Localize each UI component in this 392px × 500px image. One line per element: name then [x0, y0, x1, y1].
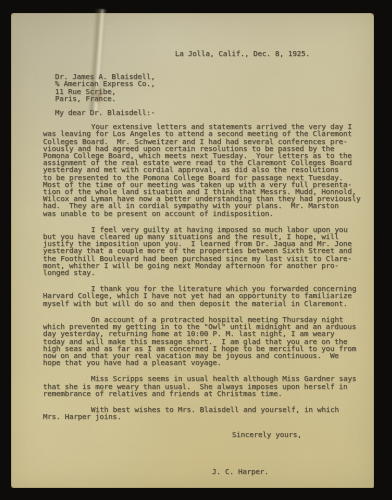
- paragraph-1: Your extensive letters and statements ar…: [43, 123, 369, 217]
- paragraph-5: Miss Scripps seems in usual health altho…: [43, 375, 369, 397]
- paragraph-6: With best wishes to Mrs. Blaisdell and y…: [43, 406, 369, 420]
- letter-page: La Jolla, Calif., Dec. 8, 1925. Dr. Jame…: [11, 13, 374, 488]
- scan-background: La Jolla, Calif., Dec. 8, 1925. Dr. Jame…: [0, 0, 392, 500]
- complimentary-close: Sincerely yours,: [232, 431, 369, 438]
- salutation: My dear Dr. Blaisdell:-: [55, 109, 369, 116]
- letter-body: La Jolla, Calif., Dec. 8, 1925. Dr. Jame…: [43, 50, 369, 475]
- recipient-city: Paris, France.: [55, 95, 369, 102]
- paragraph-2: I feel very guilty at having imposed so …: [43, 226, 369, 276]
- recipient-address: Dr. James A. Blaisdell, % American Expre…: [55, 73, 369, 102]
- signature: J. C. Harper.: [212, 468, 369, 475]
- paragraph-4: On account of a protracted hospital meet…: [43, 316, 369, 366]
- paragraph-3: I thank you for the literature which you…: [43, 285, 369, 307]
- dateline: La Jolla, Calif., Dec. 8, 1925.: [175, 50, 369, 57]
